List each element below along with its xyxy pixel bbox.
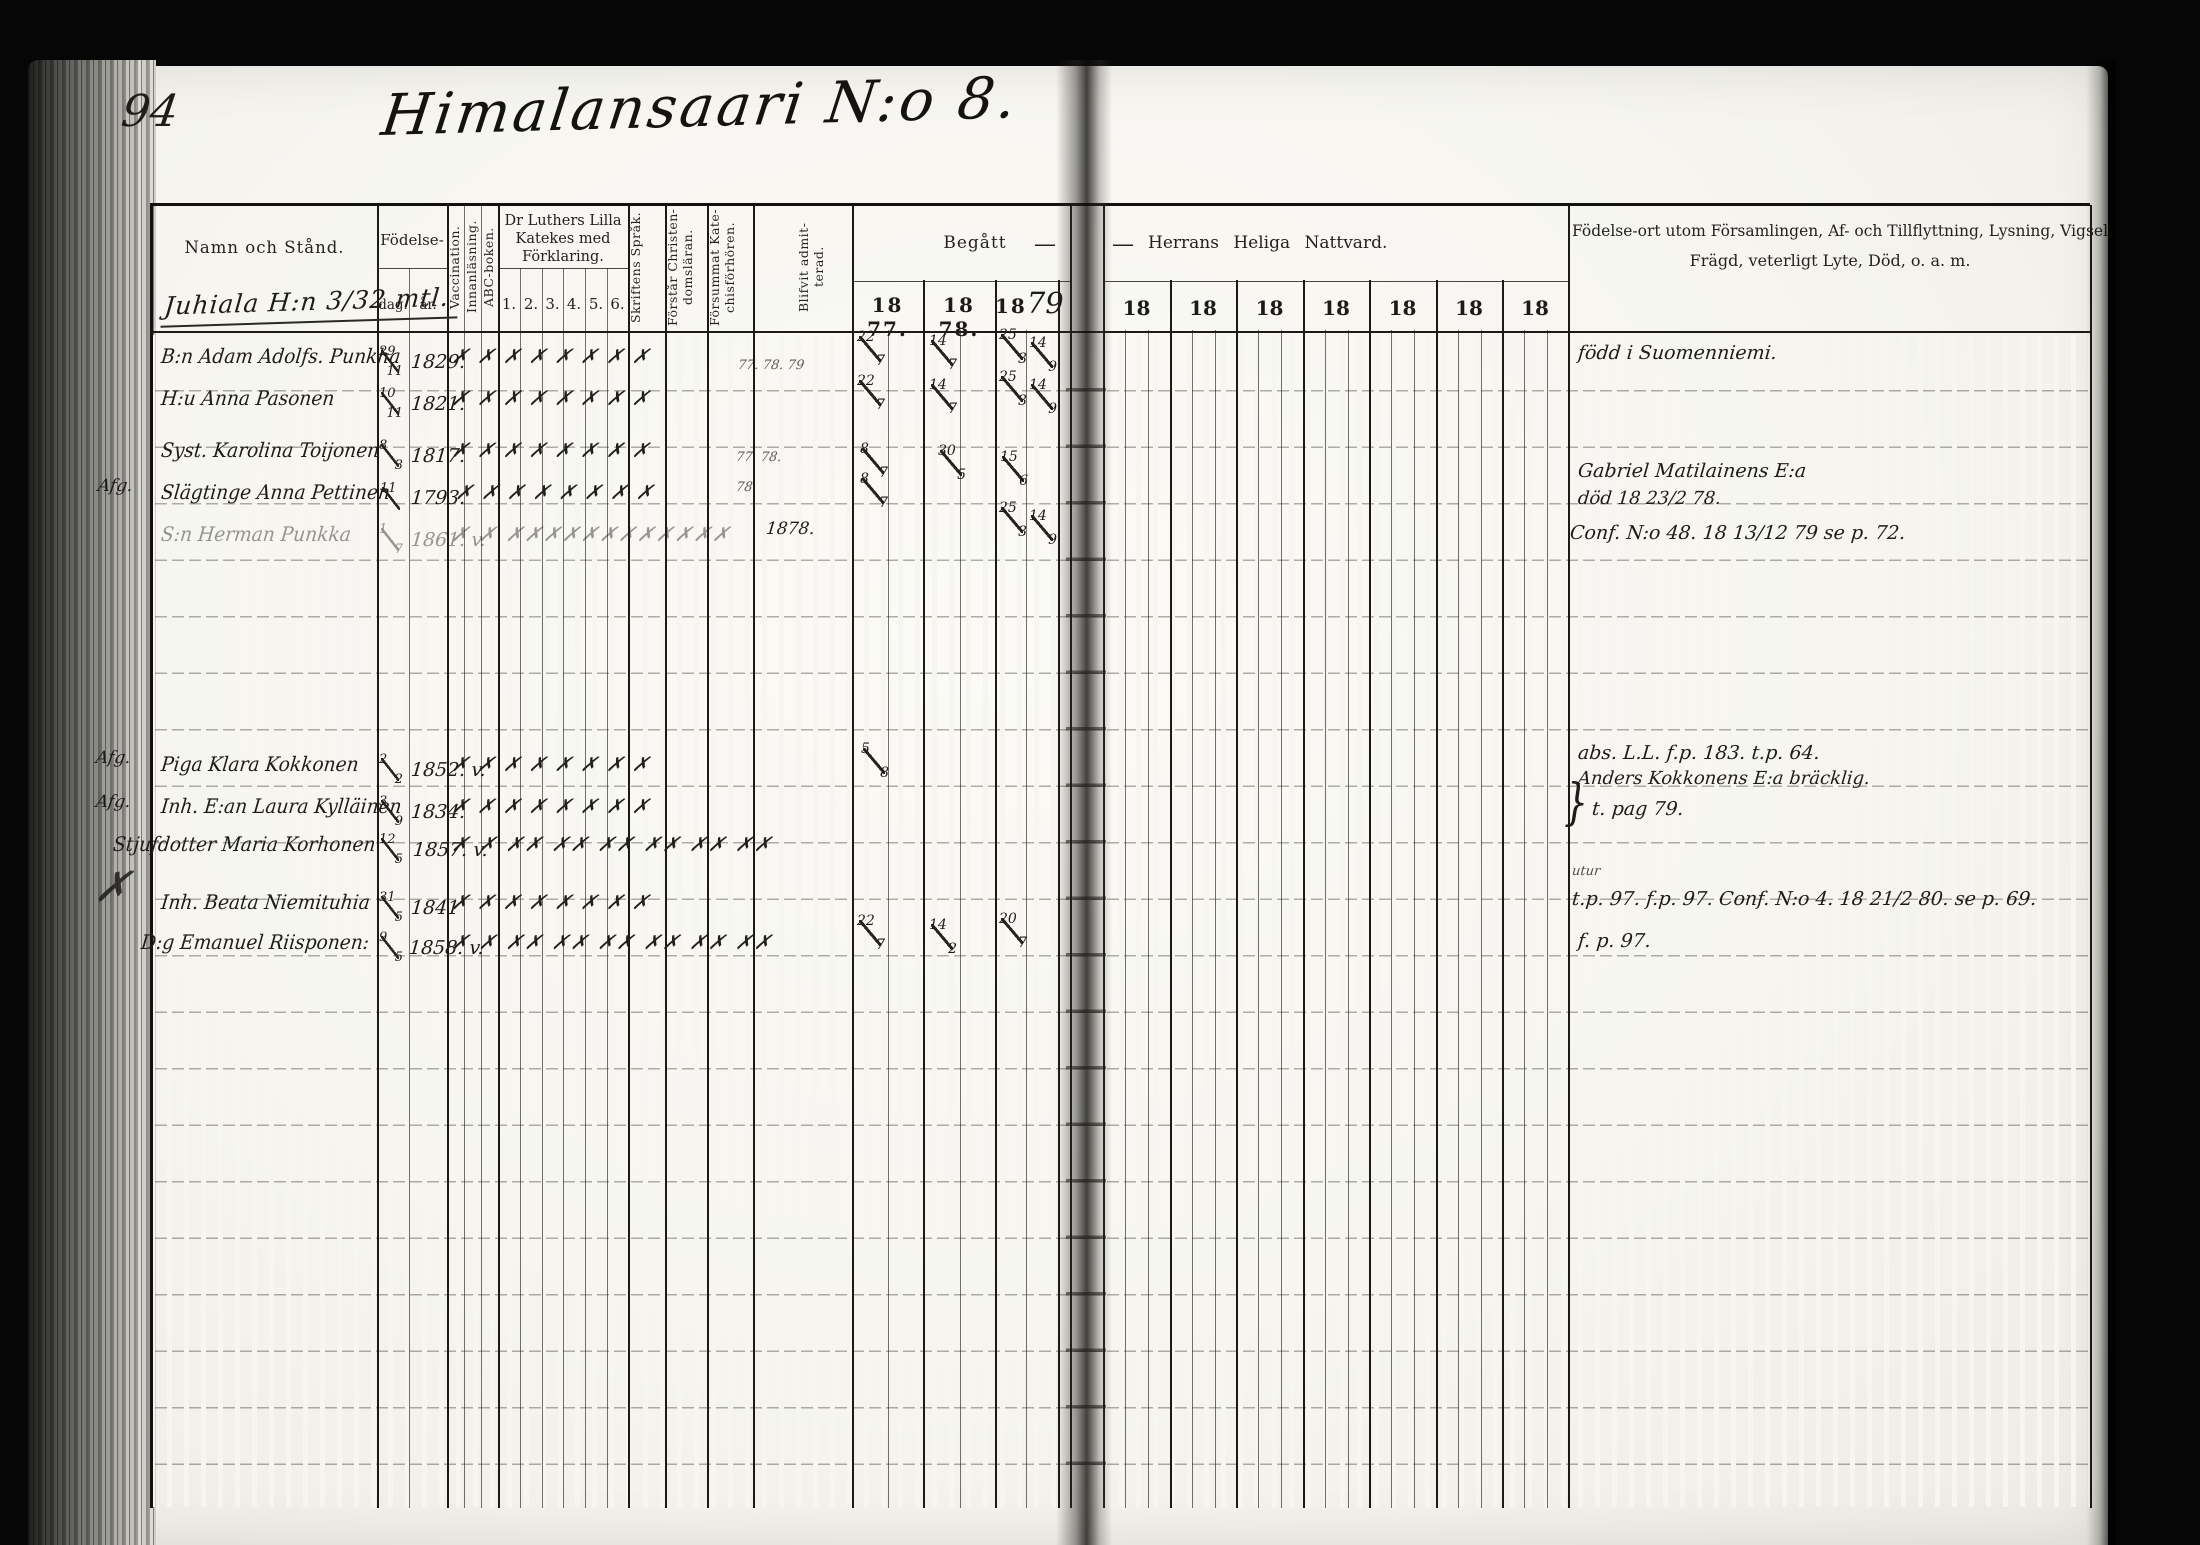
year-printed: 18 xyxy=(943,293,975,317)
catechism-col-2: 2. xyxy=(520,295,542,313)
catechism-col-1: 1. xyxy=(498,295,520,313)
person-name: S:n Herman Punkka xyxy=(160,522,352,546)
book-edge-pages xyxy=(28,60,156,1545)
communion-date-1879b: 149 xyxy=(1029,380,1055,414)
grid-line xyxy=(1103,281,1568,282)
communion-date-1878: 147 xyxy=(929,336,955,370)
year-printed: 18 xyxy=(995,294,1027,318)
grid-line xyxy=(1458,330,1459,1508)
row-annotation: f. p. 97. xyxy=(1577,930,1652,952)
grid-line xyxy=(1192,330,1193,1508)
column-header-abc-book: ABC-boken. xyxy=(481,207,498,327)
person-name: Syst. Karolina Toijonen xyxy=(160,438,381,462)
reading-marks: ✗ ✗ ✗✗✗✗✗✗✗✗✗✗✗✗ xyxy=(450,522,733,546)
margin-note: Afg. xyxy=(95,748,132,768)
grid-line xyxy=(1502,280,1504,1508)
communion-date-1879b: 149 xyxy=(1029,338,1055,372)
communion-date-1879: 253 xyxy=(999,503,1025,537)
grid-line xyxy=(1391,330,1392,1508)
grid-line xyxy=(1026,330,1027,1508)
communion-date-1878: 305 xyxy=(938,446,964,480)
birth-day: 315 xyxy=(379,893,401,922)
grid-line xyxy=(377,268,447,269)
year-header-blank-4: 18 xyxy=(1303,296,1369,320)
column-header-vaccination: Vaccination. xyxy=(447,207,464,327)
grid-line xyxy=(1303,280,1305,1508)
grid-line xyxy=(150,331,2090,333)
birth-day: 1011 xyxy=(379,389,401,418)
row-annotation-small: utur xyxy=(1571,864,1601,879)
column-header-birth-day: dag. xyxy=(377,297,409,313)
communion-date-1879: 253 xyxy=(999,330,1025,364)
column-header-birth: Födelse- xyxy=(377,231,447,249)
grid-line xyxy=(1481,330,1482,1508)
person-name: Stjufdotter Maria Korhonen xyxy=(112,832,377,856)
column-header-christendom: Förstår Christen- domsläran. xyxy=(665,207,707,327)
year-printed: 18 xyxy=(872,293,904,317)
catechism-col-5: 5. xyxy=(585,295,607,313)
margin-note: Afg. xyxy=(95,792,132,812)
grid-line xyxy=(1125,330,1126,1508)
catechism-col-4: 4. xyxy=(563,295,585,313)
grid-line xyxy=(409,268,410,1508)
person-name: Inh. E:an Laura Kylläinen xyxy=(160,794,403,818)
grid-line xyxy=(1436,280,1438,1508)
person-name: D:g Emanuel Riisponen: xyxy=(140,930,370,954)
birth-day: 22 xyxy=(379,755,401,784)
grid-line xyxy=(1148,330,1149,1508)
year-header-blank-3: 18 xyxy=(1236,296,1303,320)
person-name: Slägtinge Anna Pettinen xyxy=(160,480,391,504)
communion-date-1879b: 149 xyxy=(1029,511,1055,545)
birth-day: 95 xyxy=(379,933,401,962)
grid-line xyxy=(1547,330,1548,1508)
grid-line xyxy=(1568,205,1570,1508)
reading-marks: ✗✗✗✗✗✗✗✗ xyxy=(454,480,664,504)
admitted-year: 1878. xyxy=(765,519,816,539)
catechism-col-6: 6. xyxy=(607,295,628,313)
reading-marks: ✗✗✗✗✗✗✗✗ xyxy=(450,752,660,776)
year-header-blank-6: 18 xyxy=(1436,296,1502,320)
missed-exam-note: 78. xyxy=(735,480,758,495)
row-annotation: Anders Kokkonens E:a bräcklig. xyxy=(1577,768,1871,789)
column-header-reading: Innanläsning. xyxy=(464,207,481,327)
grid-line xyxy=(150,203,2090,206)
grid-line xyxy=(1236,280,1238,1508)
book-gutter-ticks xyxy=(1066,335,1106,1507)
column-header-missed-exams: Försummat Kate- chisförhören. xyxy=(707,207,753,327)
reading-marks: ✗✗✗✗✗✗✗✗ xyxy=(450,344,660,368)
annotation-brace: } xyxy=(1564,773,1588,830)
grid-line xyxy=(498,268,628,269)
year-header-blank-2: 18 xyxy=(1170,296,1236,320)
person-name: B:n Adam Adolfs. Punkha xyxy=(160,344,402,368)
birth-day: 17 xyxy=(379,525,401,554)
missed-exam-note: 77. 78. xyxy=(735,450,782,465)
reading-marks: ✗✗✗✗✗✗✗✗ xyxy=(450,386,660,410)
column-header-admitted: Blifvit admit- terad. xyxy=(796,207,850,327)
birth-day: 11 xyxy=(380,484,402,513)
reading-marks: ✗✗✗✗✗✗✗✗ xyxy=(450,438,660,462)
page-right-edge xyxy=(2086,60,2116,1545)
grid-line xyxy=(1258,330,1259,1508)
column-header-notes-line1: Födelse-ort utom Församlingen, Af- och T… xyxy=(1572,222,2088,240)
row-annotation: t. pag 79. xyxy=(1591,798,1685,820)
communion-date-1877: 227 xyxy=(857,376,883,410)
person-name: H:u Anna Pasonen xyxy=(160,386,336,410)
reading-marks: ✗ ✗ ✗✗ ✗✗ ✗✗ ✗✗ ✗✗ ✗✗ xyxy=(450,930,775,954)
year-header-blank-5: 18 xyxy=(1369,296,1436,320)
person-name: Piga Klara Kokkonen xyxy=(160,752,360,776)
column-header-notes-line2: Frägd, veterligt Lyte, Död, o. a. m. xyxy=(1572,251,2088,270)
grid-line xyxy=(852,281,1070,282)
communion-date-1879: 253 xyxy=(999,372,1025,406)
scanned-parish-register: 94 Himalansaari N:o 8. Namn och Stånd. J… xyxy=(0,0,2200,1545)
communion-date-1878: 147 xyxy=(929,380,955,414)
reading-marks: ✗ ✗ ✗✗ ✗✗ ✗✗ ✗✗ ✗✗ ✗✗ xyxy=(450,832,775,856)
grid-line xyxy=(852,205,854,1508)
missed-exam-note: 77. 78. 79 xyxy=(737,358,805,373)
year-header-blank-7: 18 xyxy=(1502,296,1568,320)
ruled-lines xyxy=(150,335,2090,1507)
grid-line xyxy=(1170,280,1172,1508)
dash-glyph: — xyxy=(1112,232,1142,257)
communion-date-1879: 156 xyxy=(1000,452,1026,486)
margin-note: Afg. xyxy=(97,476,134,496)
communion-date-1877: 87 xyxy=(860,474,886,508)
grid-line xyxy=(150,205,153,1508)
grid-line xyxy=(995,280,997,1508)
column-header-name: Namn och Stånd. xyxy=(152,238,377,257)
column-header-communion-left: Begått xyxy=(925,233,1025,253)
year-header-1879: 1879 xyxy=(995,286,1058,320)
grid-line xyxy=(1524,330,1525,1508)
birth-day: 39 xyxy=(379,797,401,826)
column-header-scripture: Skriftens Språk. xyxy=(628,207,665,327)
grid-line xyxy=(960,330,961,1508)
birth-day: 125 xyxy=(379,835,401,864)
row-annotation: t.p. 97. f.p. 97. Conf. N:o 4. 18 21/2 8… xyxy=(1571,888,2037,910)
person-name: Inh. Beata Niemituhia xyxy=(160,890,371,914)
communion-date-1879: 207 xyxy=(999,914,1025,948)
grid-line xyxy=(753,205,755,1508)
page-number: 94 xyxy=(118,86,181,137)
row-annotation: född i Suomenniemi. xyxy=(1577,342,1778,364)
birth-day: 2911 xyxy=(379,347,401,376)
grid-line xyxy=(888,330,889,1508)
communion-date-1878: 142 xyxy=(929,920,955,954)
margin-cross-mark: ✗ xyxy=(92,862,134,911)
communion-date-1877: 227 xyxy=(857,916,883,950)
row-annotation: abs. L.L. f.p. 183. t.p. 64. xyxy=(1577,742,1821,764)
row-annotation: död 18 23/2 78. xyxy=(1577,488,1722,509)
column-header-birth-year: år. xyxy=(409,297,447,313)
grid-line xyxy=(1215,330,1216,1508)
row-annotation: Gabriel Matilainens E:a xyxy=(1577,460,1807,482)
column-header-communion-right: Herrans Heliga Nattvard. xyxy=(1148,233,1478,253)
grid-line xyxy=(1348,330,1349,1508)
year-header-blank-1: 18 xyxy=(1103,296,1170,320)
communion-date-1877: 58 xyxy=(861,744,887,778)
reading-marks: ✗✗✗✗✗✗✗✗ xyxy=(450,890,660,914)
communion-date-1877: 227 xyxy=(857,332,883,366)
grid-line xyxy=(707,205,709,1508)
column-header-catechism: Dr Luthers Lilla Katekes med Förklaring. xyxy=(500,212,626,266)
row-annotation: Conf. N:o 48. 18 13/12 79 se p. 72. xyxy=(1569,522,1906,544)
grid-line xyxy=(1414,330,1415,1508)
grid-line xyxy=(1325,330,1326,1508)
reading-marks: ✗✗✗✗✗✗✗✗ xyxy=(450,794,660,818)
grid-line xyxy=(1369,280,1371,1508)
birth-day: 83 xyxy=(379,441,401,470)
grid-line xyxy=(665,205,667,1508)
catechism-col-3: 3. xyxy=(542,295,563,313)
grid-line xyxy=(1281,330,1282,1508)
grid-line xyxy=(923,280,925,1508)
